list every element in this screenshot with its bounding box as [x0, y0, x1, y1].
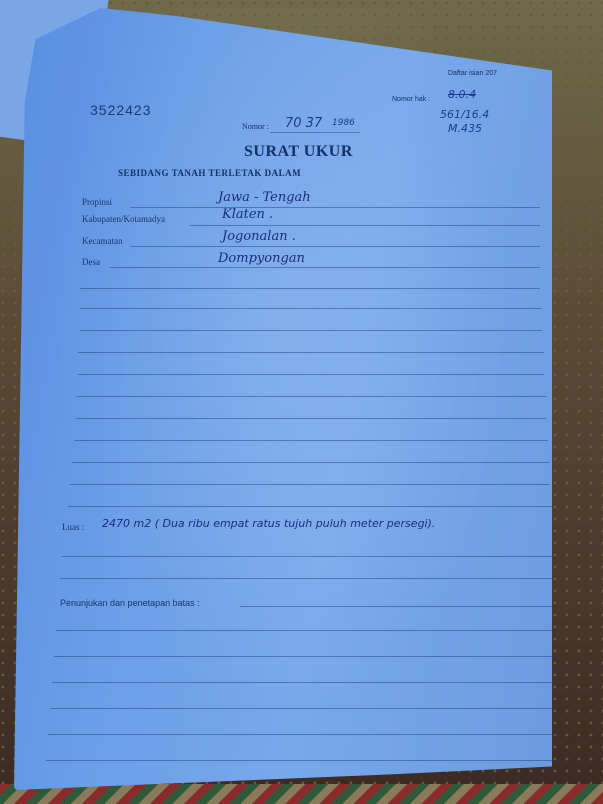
field-label-propinsi: Propinsi [82, 197, 112, 207]
field-value-desa: Dompyongan [218, 251, 305, 266]
field-rule [110, 267, 540, 268]
field-rule [190, 225, 540, 226]
blank-rule [48, 734, 560, 735]
blank-rule [52, 682, 560, 683]
nomor-rule [270, 132, 360, 133]
luas-label: Luas : [62, 522, 84, 532]
blank-rule [72, 462, 550, 463]
document-subtitle: SEBIDANG TANAH TERLETAK DALAM [118, 168, 301, 178]
nomor-label: Nomor : [242, 122, 269, 131]
field-rule [240, 606, 556, 607]
penunjukan-label: Penunjukan dan penetapan batas : [60, 598, 200, 608]
blank-rule [70, 484, 550, 485]
nomor-hak-label: Nomor hak : [392, 96, 430, 103]
blank-rule [54, 656, 558, 657]
background-mat-pattern [0, 784, 603, 804]
nomor-hak-struck-value: 8.0.4 [448, 88, 476, 101]
blank-rule [80, 308, 542, 309]
blank-rule [56, 630, 558, 631]
blank-rule [80, 288, 540, 289]
nomor-value: 70 37 [285, 116, 322, 131]
blank-rule [76, 396, 546, 397]
nomor-hak-value-1: 561/16.4 [440, 108, 489, 121]
blank-rule [68, 506, 552, 507]
blank-rule [60, 578, 554, 579]
blank-rule [74, 440, 548, 441]
serial-number: 3522423 [90, 102, 152, 118]
field-label-kecamatan: Kecamatan [82, 236, 122, 246]
field-label-desa: Desa [82, 257, 100, 267]
field-value-kecamatan: Jogonalan . [222, 229, 296, 244]
daftar-isian-label: Daftar isian 207 [448, 70, 497, 77]
field-value-propinsi: Jawa - Tengah [218, 190, 311, 205]
blank-rule [80, 330, 542, 331]
blank-rule [46, 760, 560, 761]
blank-rule [78, 374, 544, 375]
document-title: SURAT UKUR [244, 143, 353, 161]
field-rule [130, 207, 540, 208]
blank-rule [76, 418, 546, 419]
blank-rule [78, 352, 544, 353]
blank-rule [62, 556, 554, 557]
luas-value: 2470 m2 ( Dua ribu empat ratus tujuh pul… [102, 517, 435, 530]
field-rule [130, 246, 540, 247]
field-label-kabupaten: Kabupaten/Kotamadya [82, 214, 165, 224]
nomor-year: 1986 [332, 118, 355, 128]
nomor-hak-value-2: M.435 [448, 122, 482, 135]
field-value-kabupaten: Klaten . [222, 207, 273, 222]
blank-rule [50, 708, 560, 709]
